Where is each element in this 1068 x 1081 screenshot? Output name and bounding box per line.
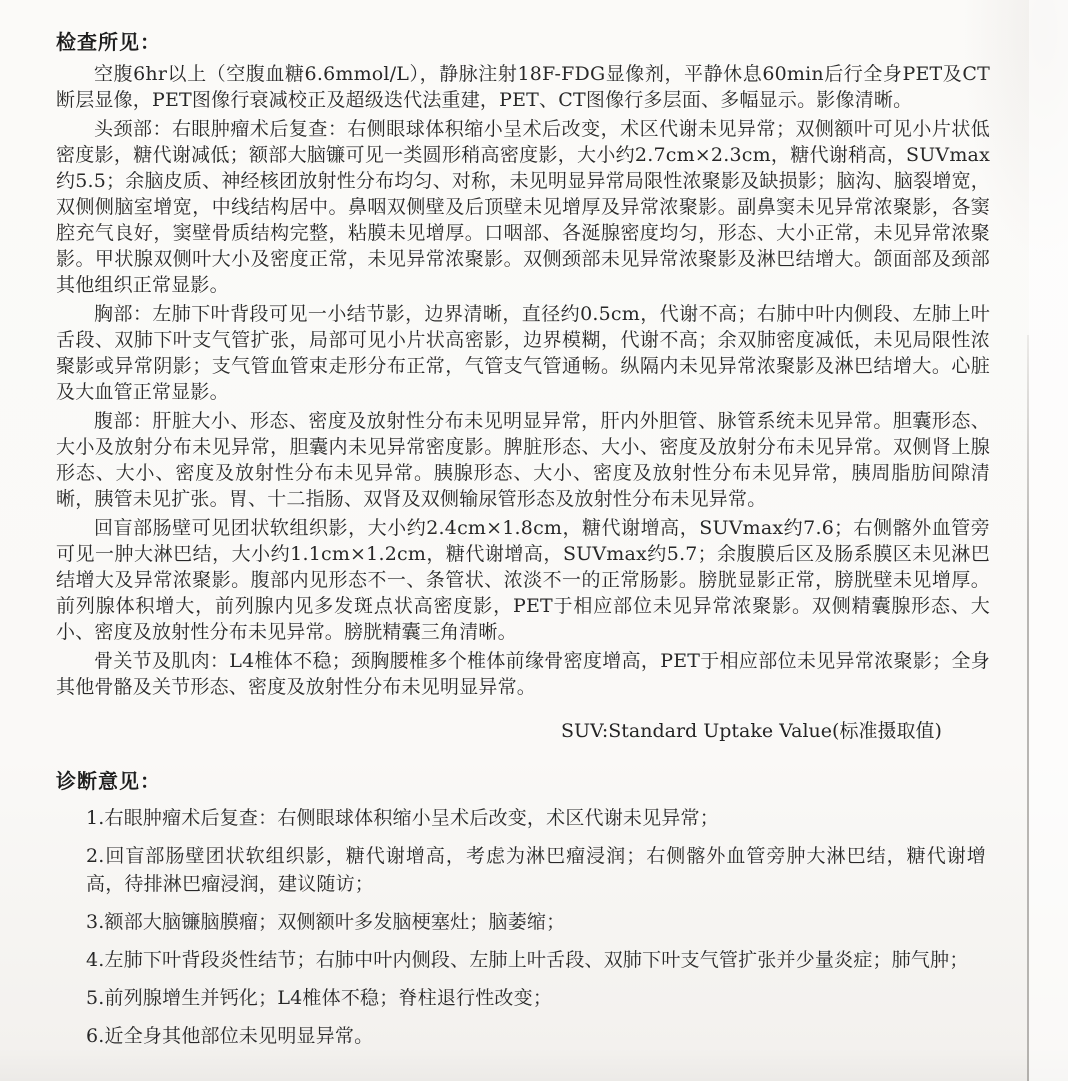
diagnosis-items: 1.右眼肿瘤术后复查：右侧眼球体积缩小呈术后改变，术区代谢未见异常； 2.回盲部…: [86, 804, 990, 1050]
findings-heading: 检查所见：: [56, 26, 990, 55]
findings-paragraph-chest: 胸部：左肺下叶背段可见一小结节影，边界清晰，直径约0.5cm，代谢不高；右肺中叶…: [56, 301, 990, 405]
findings-paragraph-abdomen: 腹部：肝脏大小、形态、密度及放射性分布未见明显异常，肝内外胆管、脉管系统未见异常…: [56, 408, 990, 512]
scanned-report-page: 检查所见： 空腹6hr以上（空腹血糖6.6mmol/L），静脉注射18F-FDG…: [0, 0, 1068, 1081]
findings-paragraph-head-neck: 头颈部：右眼肿瘤术后复查：右侧眼球体积缩小呈术后改变，术区代谢未见异常；双侧额叶…: [56, 116, 990, 298]
diagnosis-item-4: 4.左肺下叶背段炎性结节；右肺中叶内侧段、左肺上叶舌段、双肺下叶支气管扩张并少量…: [86, 946, 986, 974]
findings-section: 检查所见： 空腹6hr以上（空腹血糖6.6mmol/L），静脉注射18F-FDG…: [56, 26, 990, 700]
findings-paragraph-protocol: 空腹6hr以上（空腹血糖6.6mmol/L），静脉注射18F-FDG显像剂，平静…: [56, 61, 990, 113]
diagnosis-heading: 诊断意见：: [56, 765, 990, 794]
diagnosis-item-3: 3.额部大脑镰脑膜瘤；双侧额叶多发脑梗塞灶；脑萎缩；: [86, 908, 986, 936]
diagnosis-section: 诊断意见： 1.右眼肿瘤术后复查：右侧眼球体积缩小呈术后改变，术区代谢未见异常；…: [56, 765, 990, 1050]
paper-edge-line: [1027, 335, 1029, 1081]
diagnosis-item-2: 2.回盲部肠壁团状软组织影，糖代谢增高，考虑为淋巴瘤浸润；右侧髂外血管旁肿大淋巴…: [86, 842, 986, 898]
findings-paragraph-ileocecal: 回盲部肠壁可见团状软组织影，大小约2.4cm×1.8cm，糖代谢增高，SUVma…: [56, 515, 990, 645]
suv-definition-note: SUV:Standard Uptake Value(标准摄取值): [561, 716, 990, 743]
diagnosis-item-6: 6.近全身其他部位未见明显异常。: [86, 1022, 986, 1050]
findings-paragraph-bone-muscle: 骨关节及肌肉：L4椎体不稳；颈胸腰椎多个椎体前缘骨密度增高，PET于相应部位未见…: [56, 648, 990, 700]
diagnosis-item-1: 1.右眼肿瘤术后复查：右侧眼球体积缩小呈术后改变，术区代谢未见异常；: [86, 804, 986, 832]
diagnosis-item-5: 5.前列腺增生并钙化；L4椎体不稳；脊柱退行性改变；: [86, 984, 986, 1012]
scanner-background-strip: [1029, 0, 1068, 1081]
